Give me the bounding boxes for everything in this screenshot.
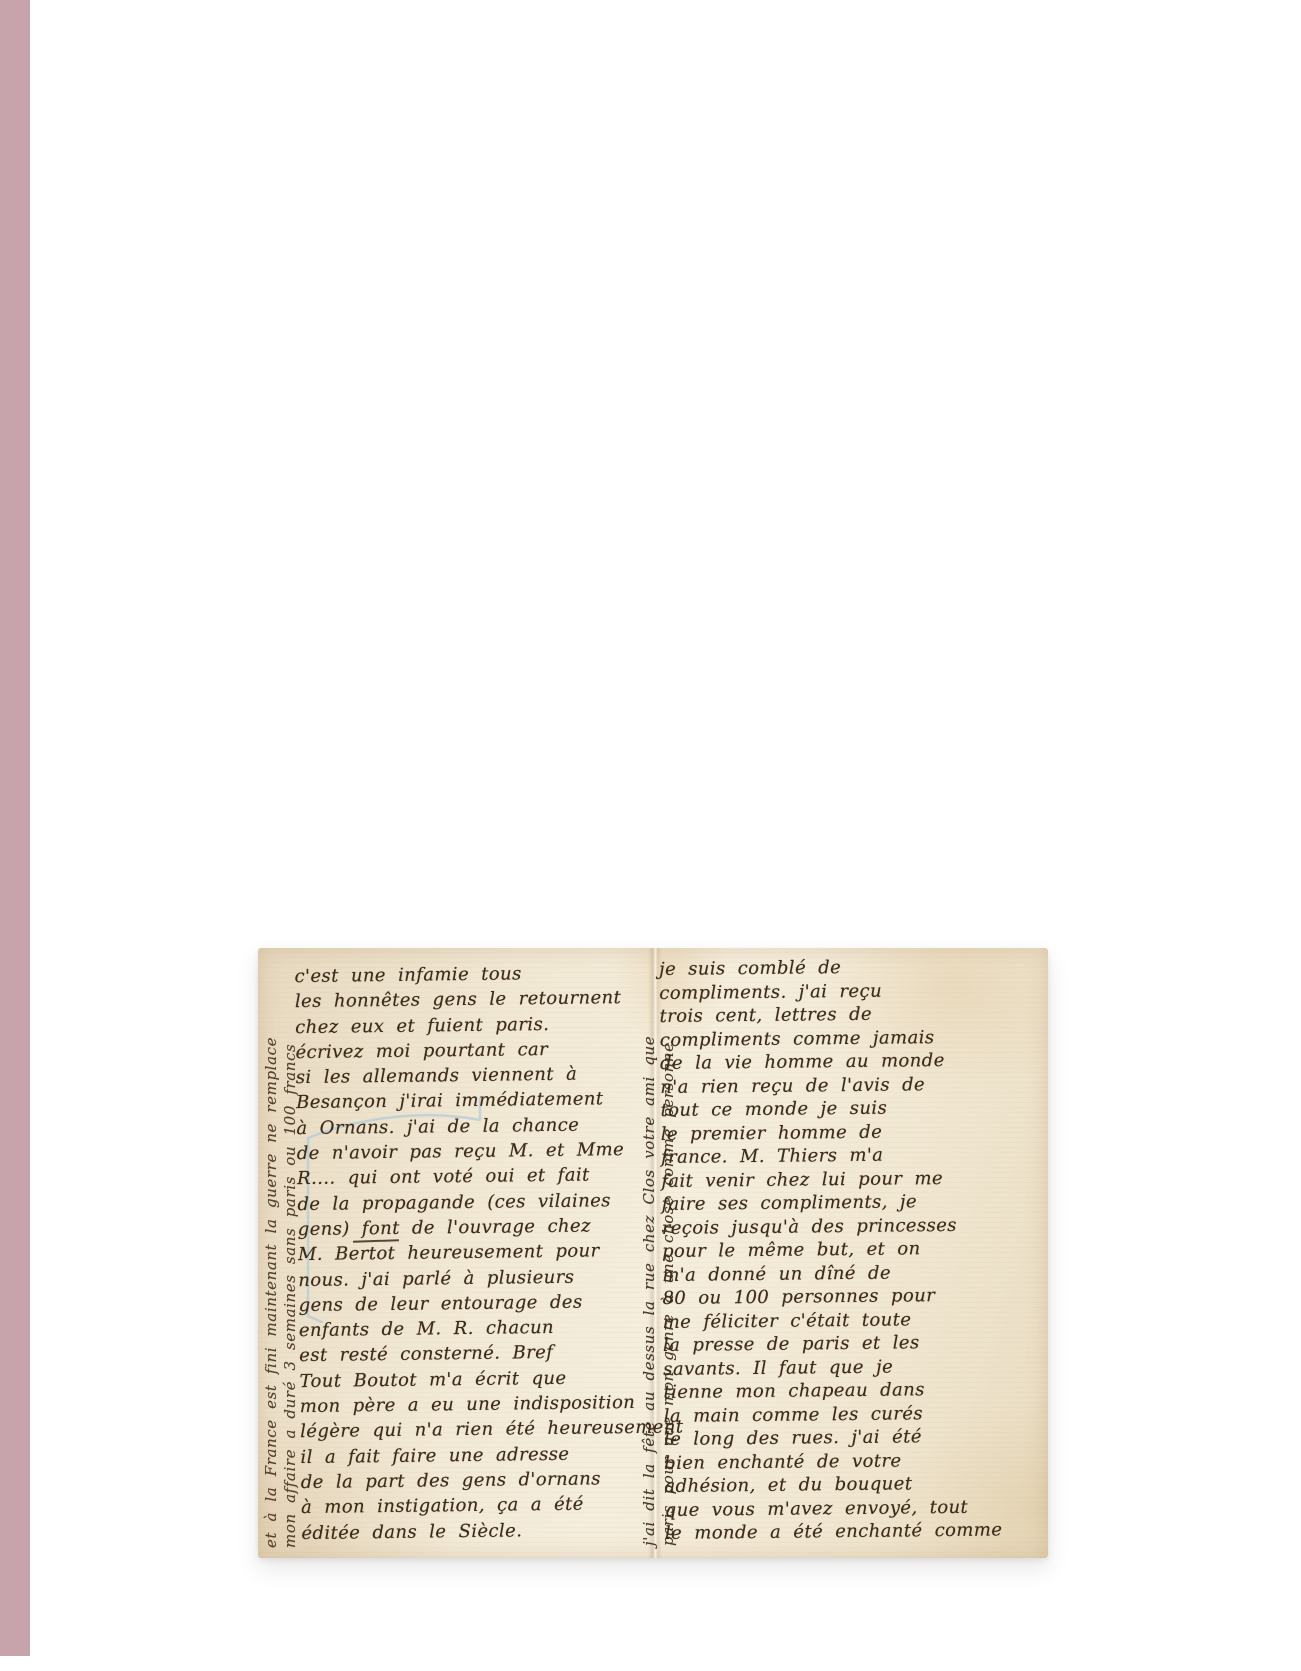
letter-photo: c'est une infamie tousles honnêtes gens …: [258, 948, 1048, 1558]
handwriting-line: mon affaire a duré 3 semaines sans paris…: [281, 960, 300, 1548]
handwriting-line: paris pour que mon genre à une chose com…: [659, 954, 678, 1546]
handwriting-line: Besançon j'irai immédiatement: [296, 1086, 636, 1115]
handwriting-line: les honnêtes gens le retournent: [295, 985, 635, 1014]
marginalia-left-edge: et à la France est fini maintenant la gu…: [262, 960, 300, 1548]
handwriting-line: et à la France est fini maintenant la gu…: [262, 960, 281, 1548]
marginalia-center-fold: j'ai dit la fête au dessus la rue chez C…: [640, 954, 678, 1546]
handwriting-line: légère qui n'a rien été heureusement: [300, 1415, 640, 1444]
handwriting-line: R.... qui ont voté oui et fait: [297, 1162, 637, 1191]
catalog-page: { "page": { "background_color": "#ffffff…: [0, 0, 1301, 1671]
handwriting-line: M. Bertot heureusement pour: [298, 1238, 638, 1267]
handwriting-line: de la part des gens d'ornans: [301, 1466, 641, 1495]
left-page-lines: c'est une infamie tousles honnêtes gens …: [294, 960, 641, 1546]
handwriting-line: le monde a été enchanté comme: [665, 1518, 1041, 1545]
accent-stripe: [0, 0, 30, 1656]
right-page-lines: je suis comblé decompliments. j'ai reçut…: [659, 954, 1041, 1545]
handwriting-line: j'ai dit la fête au dessus la rue chez C…: [640, 954, 659, 1546]
handwriting-line: éditée dans le Siècle.: [301, 1516, 641, 1545]
